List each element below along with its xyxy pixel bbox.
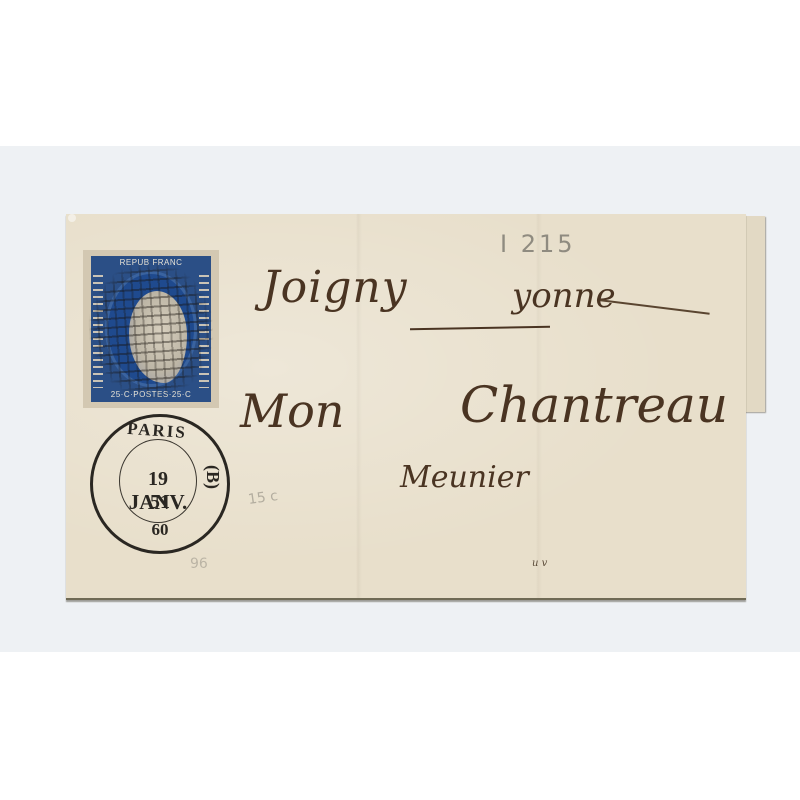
postage-stamp: REPUB FRANC 25·C·POSTES·25·C	[83, 250, 219, 408]
pencil-small-note: 96	[190, 556, 208, 572]
pencil-reference-number: I 215	[500, 230, 576, 258]
postmark-office-number: 60	[93, 520, 227, 540]
address-title: Mon	[240, 384, 344, 438]
postmark-year: 51	[93, 491, 227, 514]
postmark-day: 19	[120, 468, 196, 491]
address-town: Joigny	[262, 262, 408, 313]
addressee-occupation: Meunier	[400, 460, 529, 495]
postmark-side-code: (B)	[202, 465, 223, 489]
addressee-name: Chantreau	[460, 376, 728, 434]
date-postmark: 19 JANV. PARIS 51 60 (B)	[90, 414, 230, 554]
postmark-city: PARIS	[126, 419, 187, 443]
address-department: yonne	[512, 276, 616, 316]
ink-marks: u v	[532, 558, 547, 569]
corner-tear	[68, 214, 76, 222]
grid-cancellation	[84, 258, 217, 402]
